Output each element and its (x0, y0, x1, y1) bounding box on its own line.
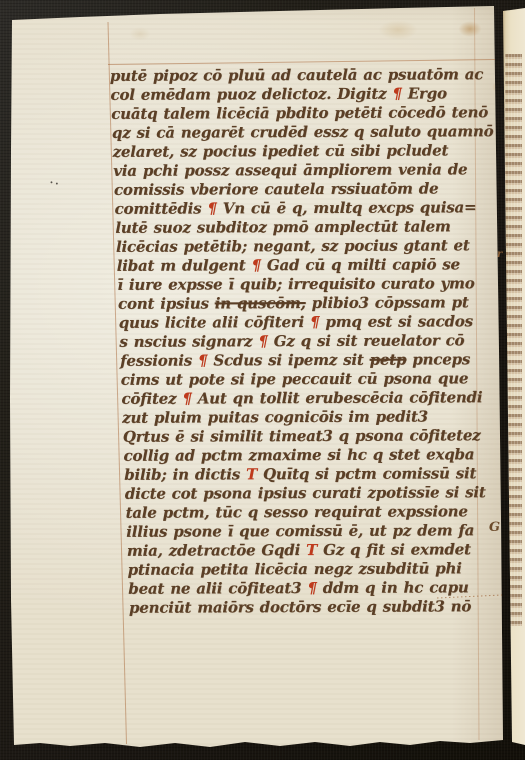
ink-text: bilib; in dictis (124, 465, 246, 484)
rubric-mark: T (306, 541, 317, 559)
ink-text: Ergo (402, 84, 447, 102)
manuscript-line: qz si cā negarēt crudēd essz q saluto qu… (112, 122, 496, 143)
manuscript-line: licēcias petētib; negant, sz pocius gtan… (116, 236, 497, 257)
ink-text: quus licite alii cōfiteri (119, 313, 310, 332)
manuscript-line: cont ipsius in quscōm, plibio3 cōpssam p… (118, 293, 497, 314)
ink-text: cōfitez (121, 390, 182, 408)
margin-ruling-top (108, 60, 495, 65)
manuscript-line: via pchi possz assequi āmpliorem venia d… (113, 160, 496, 181)
ink-text: Vn cū ē q, multq excps quisa= (217, 198, 477, 217)
manuscript-line: ī iure expsse ī quib; irrequisito curato… (117, 274, 496, 295)
ink-text: collig ad pctm zmaxime si hc q stet exqb… (123, 445, 474, 465)
ink-text: cims ut pote si ipe peccauit cū psona qu… (121, 369, 469, 389)
manuscript-line: zut pluim puitas cognicōis im pedit3 (122, 407, 497, 428)
ink-text: plibio3 cōpssam pt (306, 293, 469, 312)
manuscript-line: collig ad pctm zmaxime si hc q stet exqb… (123, 445, 497, 466)
manuscript-line: zelaret, sz pocius ipediet cū sibi pclud… (113, 141, 497, 162)
ink-text: penciūt maiōrs doctōrs ecīe q subdit3 nō (129, 597, 471, 616)
ink-text: tale pctm, tūc q sesso requirat expssion… (126, 502, 468, 521)
ink-text: dicte cot psona ipsius curati zpotissīe … (125, 483, 486, 503)
ink-text: licēcias petētib; negant, sz pocius gtan… (116, 236, 470, 256)
rubric-mark: ¶ (258, 332, 267, 350)
ink-text: zut pluim puitas cognicōis im pedit3 (122, 407, 428, 426)
ink-text: Quītq si pctm comissū sit (257, 464, 476, 483)
ink-text: zelaret, sz pocius ipediet cū sibi pclud… (113, 141, 449, 160)
manuscript-line: comittēdis ¶ Vn cū ē q, multq excps quis… (115, 198, 497, 219)
struck-text: in quscōm, (215, 294, 306, 312)
ink-text: putē pipoz cō pluū ad cautelā ac psuatōm… (110, 65, 483, 85)
ink-text: cuātq talem licēciā pbdito petēti cōcedō… (111, 103, 488, 123)
ink-text: Gz q si sit reuelator cō (268, 331, 465, 350)
rubric-mark: ¶ (392, 85, 401, 103)
text-block: putē pipoz cō pluū ad cautelā ac psuatōm… (110, 65, 498, 618)
ink-text: comissis vberiore cautela rssiuatōm de (114, 179, 439, 198)
ink-text: cont ipsius (118, 294, 215, 312)
ink-text: qz si cā negarēt crudēd essz q saluto qu… (112, 122, 494, 142)
ink-text: s nscius signarz (119, 332, 258, 351)
rubric-mark: ¶ (251, 256, 260, 274)
manuscript-line: ptinacia petita licēcia negz zsubditū ph… (128, 559, 498, 580)
ink-text: ptinacia petita licēcia negz zsubditū ph… (128, 559, 462, 578)
manuscript-line: cuātq talem licēciā pbdito petēti cōcedō… (111, 103, 496, 124)
ink-text: fessionis (120, 351, 198, 369)
ink-text: pnceps (406, 350, 470, 368)
rubric-mark: ¶ (307, 579, 316, 597)
ink-text: lutē suoz subditoz pmō amplectūt talem (115, 217, 450, 236)
manuscript-line: tale pctm, tūc q sesso requirat expssion… (126, 502, 498, 523)
ink-text: col emēdam puoz delictoz. Digitz (110, 85, 392, 104)
manuscript-line: bilib; in dictis T Quītq si pctm comissū… (124, 464, 497, 485)
ink-text: pmq est si sacdos (319, 312, 473, 331)
ink-text: ddm q in hc capu (317, 578, 469, 597)
manuscript-line: penciūt maiōrs doctōrs ecīe q subdit3 nō (129, 597, 498, 618)
manuscript-line: fessionis ¶ Scdus si ipemz sit petp pnce… (120, 350, 497, 371)
manuscript-line: mia, zdetractōe Gqdi T Gz q fit si exmde… (127, 540, 498, 561)
margin-note: G (489, 520, 500, 535)
manuscript-line: s nscius signarz ¶ Gz q si sit reuelator… (119, 331, 497, 352)
ink-text: via pchi possz assequi āmpliorem venia d… (113, 160, 467, 180)
manuscript-line: cōfitez ¶ Aut qn tollit erubescēcia cōfi… (121, 388, 497, 409)
ink-text: ī iure expsse ī quib; irrequisito curato… (117, 274, 474, 294)
manuscript-line: beat ne alii cōfiteat3 ¶ ddm q in hc cap… (128, 578, 498, 599)
ink-text: Qrtus ē si similit timeat3 q psona cōfit… (123, 426, 481, 446)
manuscript-line: Qrtus ē si similit timeat3 q psona cōfit… (123, 426, 498, 447)
manuscript-line: cims ut pote si ipe peccauit cū psona qu… (121, 369, 497, 390)
ink-text: Gz q fit si exmdet (317, 540, 471, 559)
ink-text: comittēdis (115, 199, 208, 217)
manuscript-line: dicte cot psona ipsius curati zpotissīe … (125, 483, 498, 504)
ink-text: illius psone ī que comissū ē, ut pz dem … (126, 521, 474, 541)
margin-mark: r (497, 249, 502, 260)
manuscript-line: col emēdam puoz delictoz. Digitz ¶ Ergo (110, 84, 495, 105)
rubric-mark: ¶ (198, 351, 207, 369)
manuscript-line: lutē suoz subditoz pmō amplectūt talem (115, 217, 496, 238)
manuscript-line: comissis vberiore cautela rssiuatōm de (114, 179, 496, 200)
struck-text: petp (370, 351, 407, 369)
ink-text: Scdus si ipemz sit (207, 351, 369, 370)
manuscript-line: illius psone ī que comissū ē, ut pz dem … (126, 521, 498, 542)
manuscript-line: putē pipoz cō pluū ad cautelā ac psuatōm… (110, 65, 496, 86)
rubric-mark: T (246, 465, 257, 483)
manuscript-line: libat m dulgent ¶ Gad cū q milti capiō s… (117, 255, 497, 276)
margin-smudge: .. (49, 175, 62, 188)
ink-text: Aut qn tollit erubescēcia cōfitendi (192, 388, 483, 407)
rubric-mark: ¶ (207, 199, 216, 217)
ink-text: Gad cū q milti capiō se (261, 255, 460, 274)
ink-text: mia, zdetractōe Gqdi (127, 541, 306, 560)
ink-text: beat ne alii cōfiteat3 (128, 579, 307, 598)
ink-text: libat m dulgent (117, 256, 252, 275)
manuscript-photo: { "page": { "kind": "handwritten manuscr… (0, 0, 525, 760)
manuscript-line: quus licite alii cōfiteri ¶ pmq est si s… (119, 312, 497, 333)
